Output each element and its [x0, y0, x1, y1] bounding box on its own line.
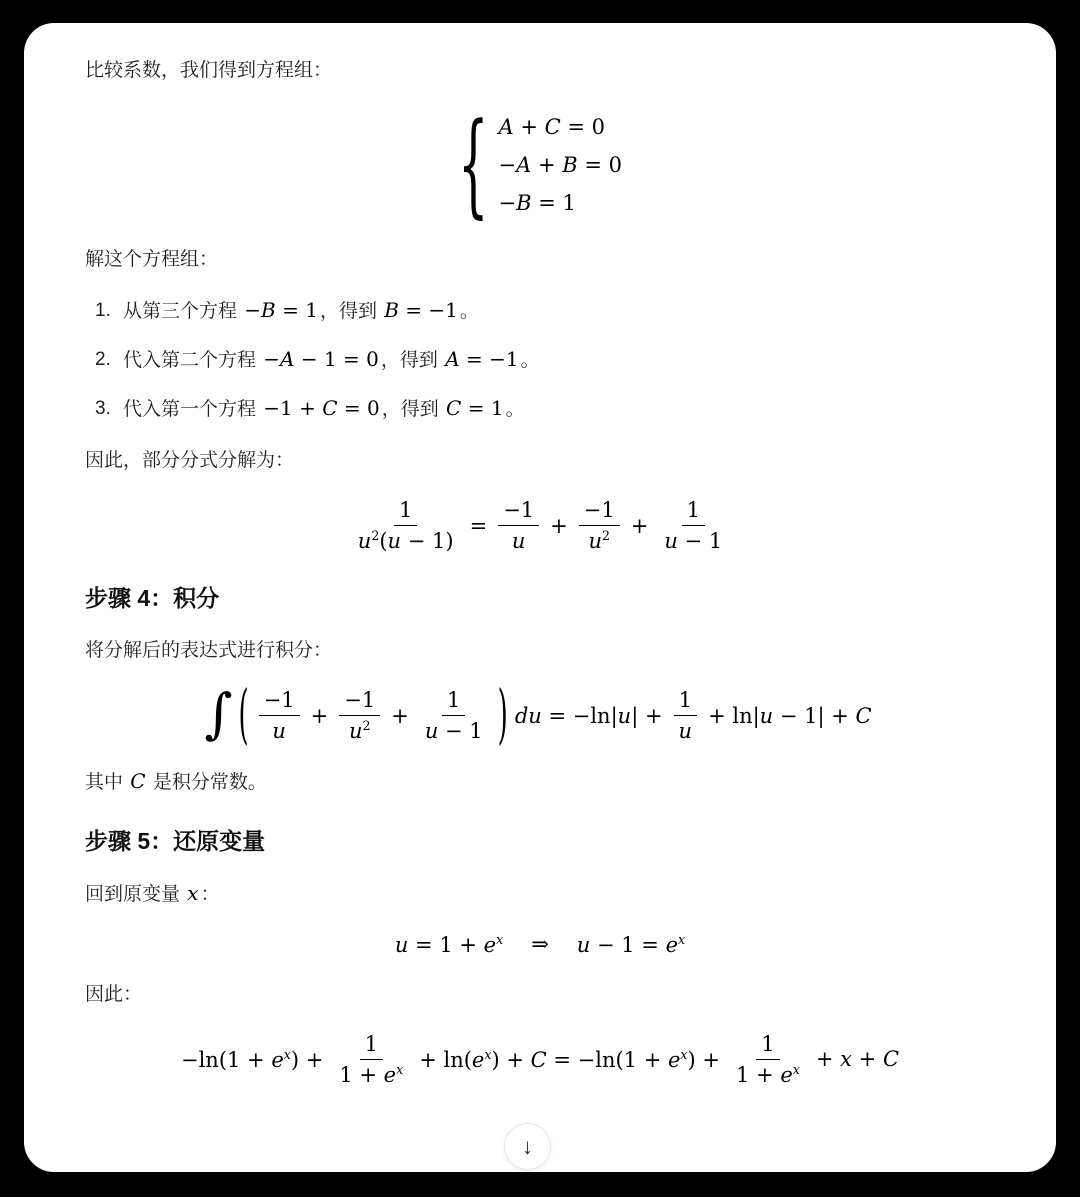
text-run: ，得到	[381, 350, 443, 371]
final-equation: −ln(1 + ex) + 1 1 + ex + ln(ex) + C = −l…	[85, 1032, 995, 1087]
text-run: ，得到	[320, 301, 382, 322]
fraction-numerator: −1	[579, 498, 620, 526]
substitution-left: u = 1 + ex	[395, 932, 503, 957]
fraction-numerator: 1	[674, 688, 697, 716]
list-item-3: 3. 代入第一个方程 −1 + C = 0，得到 C = 1。	[95, 395, 995, 423]
fraction-numerator: −1	[339, 688, 380, 716]
down-arrow-icon: ↓	[522, 1134, 533, 1160]
inline-math: x	[185, 881, 200, 905]
text-run: 代入第一个方程	[123, 399, 261, 420]
partial-fraction-equation: 1 u2(u − 1) = −1 u + −1 u2 + 1 u − 1	[85, 498, 995, 553]
text-run: 。	[506, 399, 525, 420]
inline-math: −A − 1 = 0	[261, 347, 381, 371]
list-item-body: 从第三个方程 −B = 1，得到 B = −1。	[117, 297, 479, 325]
solve-intro-text: 解这个方程组：	[85, 246, 995, 273]
right-paren: )	[498, 683, 508, 748]
substitution-right: u − 1 = ex	[577, 932, 685, 957]
inline-math: C = 1	[444, 396, 506, 420]
fraction: 1 u − 1	[659, 498, 727, 553]
fraction: −1 u2	[339, 688, 380, 743]
equation-segment: −ln(1 + ex) +	[181, 1047, 323, 1072]
fraction: −1 u2	[579, 498, 620, 553]
fraction: 1 u2(u − 1)	[353, 498, 459, 553]
list-item-number: 1.	[95, 297, 117, 325]
fraction: 1 1 + ex	[334, 1032, 408, 1087]
constant-note: 其中 C 是积分常数。	[85, 768, 995, 796]
fraction: 1 1 + ex	[731, 1032, 805, 1087]
system-brace: {	[458, 109, 489, 222]
list-item-body: 代入第一个方程 −1 + C = 0，得到 C = 1。	[117, 395, 525, 423]
fraction: −1 u	[498, 498, 539, 553]
inline-math: −B = 1	[242, 298, 320, 322]
text-run: 。	[521, 350, 540, 371]
text-run: 。	[460, 301, 479, 322]
fraction-denominator: 1 + ex	[731, 1060, 805, 1087]
inline-math: −1 + C = 0	[261, 396, 381, 420]
list-item-2: 2. 代入第二个方程 −A − 1 = 0，得到 A = −1。	[95, 346, 995, 374]
fraction-denominator: u2	[583, 526, 615, 553]
plus-sign: +	[311, 704, 329, 728]
fraction-denominator: u − 1	[659, 526, 727, 553]
therefore-text: 因此：	[85, 981, 995, 1008]
fraction: 1 u − 1	[420, 688, 488, 743]
solution-steps-list: 1. 从第三个方程 −B = 1，得到 B = −1。 2. 代入第二个方程 −…	[85, 297, 995, 423]
equation-end-text: + ln|u − 1| + C	[708, 704, 872, 728]
step-5-heading: 步骤 5：还原变量	[85, 826, 995, 856]
fraction-numerator: 1	[394, 498, 417, 526]
intro-text: 比较系数，我们得到方程组：	[85, 57, 995, 84]
fraction-numerator: 1	[442, 688, 465, 716]
fraction-denominator: u2(u − 1)	[353, 526, 459, 553]
text-run: 回到原变量	[85, 884, 185, 905]
page-background: { "theme": { "page_bg": "#000000", "card…	[0, 0, 1080, 1197]
substitute-intro: 回到原变量 x：	[85, 880, 995, 908]
text-run: 其中	[85, 772, 128, 793]
system-equation: { A + C = 0 −A + B = 0 −B = 1	[85, 108, 995, 222]
fraction: −1 u	[259, 688, 300, 743]
text-run: ，得到	[382, 399, 444, 420]
scroll-down-button[interactable]: ↓	[504, 1123, 551, 1170]
text-run: ：	[201, 884, 220, 905]
inline-math: B = −1	[382, 298, 460, 322]
plus-sign: +	[550, 514, 568, 538]
text-run: 代入第二个方程	[123, 350, 261, 371]
equation-segment: + x + C	[816, 1047, 899, 1071]
left-paren: (	[239, 683, 249, 748]
equation-segment: + ln(ex) + C = −ln(1 + ex) +	[419, 1047, 720, 1072]
inline-math: A = −1	[443, 347, 520, 371]
fraction-denominator: u	[507, 526, 531, 553]
plus-sign: +	[391, 704, 409, 728]
system-equation-line-1: A + C = 0	[499, 108, 622, 146]
fraction-denominator: 1 + ex	[334, 1060, 408, 1087]
fraction-numerator: −1	[498, 498, 539, 526]
fraction-denominator: u	[674, 716, 698, 743]
fraction-denominator: u	[267, 716, 291, 743]
equals-sign: =	[470, 514, 488, 538]
list-item-body: 代入第二个方程 −A − 1 = 0，得到 A = −1。	[117, 346, 540, 374]
list-item-number: 3.	[95, 395, 117, 423]
fraction-numerator: 1	[756, 1032, 779, 1060]
list-item-1: 1. 从第三个方程 −B = 1，得到 B = −1。	[95, 297, 995, 325]
integral-equation: ∫ ( −1 u + −1 u2 + 1 u − 1 ) du = −ln|u|…	[85, 688, 995, 743]
step-4-heading: 步骤 4：积分	[85, 583, 995, 613]
substitution-equation: u = 1 + ex ⇒ u − 1 = ex	[85, 932, 995, 957]
plus-sign: +	[631, 514, 649, 538]
fraction-numerator: −1	[259, 688, 300, 716]
fraction: 1 u	[674, 688, 698, 743]
fraction-denominator: u2	[344, 716, 376, 743]
document-content: 比较系数，我们得到方程组： { A + C = 0 −A + B = 0 −B …	[24, 23, 1056, 1087]
system-equation-line-3: −B = 1	[499, 184, 622, 222]
text-run: 从第三个方程	[123, 301, 242, 322]
fraction-denominator: u − 1	[420, 716, 488, 743]
integrate-intro-text: 将分解后的表达式进行积分：	[85, 637, 995, 664]
fraction-numerator: 1	[360, 1032, 383, 1060]
fraction-numerator: 1	[682, 498, 705, 526]
system-equation-line-2: −A + B = 0	[499, 146, 622, 184]
text-run: 是积分常数。	[148, 772, 267, 793]
equation-middle-text: du = −ln|u| +	[515, 704, 663, 728]
integral-sign: ∫	[204, 687, 232, 741]
document-card: 比较系数，我们得到方程组： { A + C = 0 −A + B = 0 −B …	[24, 23, 1056, 1172]
list-item-number: 2.	[95, 346, 117, 374]
partial-fraction-intro: 因此，部分分式分解为：	[85, 447, 995, 474]
system-equation-lines: A + C = 0 −A + B = 0 −B = 1	[499, 108, 622, 222]
inline-math: C	[128, 769, 147, 793]
implies-arrow: ⇒	[531, 932, 549, 956]
